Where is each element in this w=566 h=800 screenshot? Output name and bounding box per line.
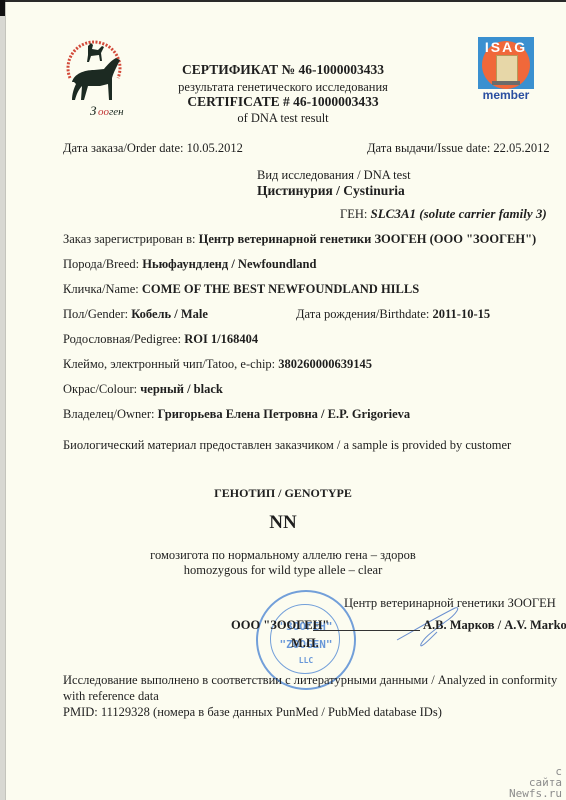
pedigree-value: ROI 1/168404 <box>184 332 258 346</box>
dna-test-name: Цистинурия / Cystinuria <box>257 183 405 199</box>
footer-line-3: PMID: 11129328 (номера в базе данных Pun… <box>63 705 442 720</box>
owner-label: Владелец/Owner: <box>63 407 154 421</box>
signature-signer: А.В. Марков / A.V. Markov <box>423 618 566 633</box>
gene-row: ГЕН: SLC3A1 (solute carrier family 3) <box>340 206 547 222</box>
birthdate-label: Дата рождения/Birthdate: <box>296 307 429 321</box>
issue-date: Дата выдачи/Issue date: 22.05.2012 <box>367 141 550 156</box>
footer-line-1: Исследование выполнено в соответствии с … <box>63 673 557 688</box>
sample-note: Биологический материал предоставлен зака… <box>63 438 511 453</box>
chip-label: Клеймо, электронный чип/Tatoo, e-chip: <box>63 357 275 371</box>
breed-label: Порода/Breed: <box>63 257 139 271</box>
registered-row: Заказ зарегистрирован в: Центр ветеринар… <box>63 232 536 247</box>
genotype-desc-en: homozygous for wild type allele – clear <box>0 563 566 578</box>
order-date: Дата заказа/Order date: 10.05.2012 <box>63 141 243 156</box>
name-label: Кличка/Name: <box>63 282 139 296</box>
registered-value: Центр ветеринарной генетики ЗООГЕН (ООО … <box>199 232 537 246</box>
owner-value: Григорьева Елена Петровна / E.P. Grigori… <box>158 407 411 421</box>
gender-label: Пол/Gender: <box>63 307 128 321</box>
scan-top-edge <box>0 0 566 2</box>
owner-row: Владелец/Owner: Григорьева Елена Петровн… <box>63 407 410 422</box>
footer-line-2: with reference data <box>63 689 159 704</box>
chip-value: 380260000639145 <box>278 357 372 371</box>
gene-label: ГЕН: <box>340 207 367 221</box>
birthdate-row: Дата рождения/Birthdate: 2011-10-15 <box>296 307 490 322</box>
pedigree-label: Родословная/Pedigree: <box>63 332 181 346</box>
watermark-line-3: Newfs.ru <box>509 787 562 800</box>
gender-value: Кобель / Male <box>131 307 208 321</box>
colour-label: Окрас/Colour: <box>63 382 137 396</box>
genotype-heading: ГЕНОТИП / GENOTYPE <box>0 486 566 501</box>
colour-value: черный / black <box>140 382 223 396</box>
signature-mp: М.П. <box>291 636 319 651</box>
chip-row: Клеймо, электронный чип/Tatoo, e-chip: 3… <box>63 357 372 372</box>
pedigree-row: Родословная/Pedigree: ROI 1/168404 <box>63 332 258 347</box>
colour-row: Окрас/Colour: черный / black <box>63 382 223 397</box>
dna-test-label: Вид исследования / DNA test <box>257 168 411 183</box>
signature-line <box>313 630 420 631</box>
registered-label: Заказ зарегистрирован в: <box>63 232 195 246</box>
gender-row: Пол/Gender: Кобель / Male <box>63 307 208 322</box>
isag-title: ISAG <box>478 39 534 55</box>
breed-row: Порода/Breed: Ньюфаундленд / Newfoundlan… <box>63 257 316 272</box>
gene-value: SLC3A1 (solute carrier family 3) <box>371 206 547 221</box>
certificate-subtitle-en: of DNA test result <box>0 111 566 126</box>
birthdate-value: 2011-10-15 <box>433 307 491 321</box>
breed-value: Ньюфаундленд / Newfoundland <box>142 257 316 271</box>
isag-member-label: member <box>476 88 536 102</box>
isag-logo-icon: ISAG <box>478 37 534 89</box>
name-value: COME OF THE BEST NEWFOUNDLAND HILLS <box>142 282 419 296</box>
signature-center: Центр ветеринарной генетики ЗООГЕН <box>344 596 556 611</box>
stamp-line-llc: LLC <box>258 656 354 665</box>
genotype-result: NN <box>0 512 566 534</box>
genotype-desc-ru: гомозигота по нормальному аллелю гена – … <box>0 548 566 563</box>
isag-member-badge: ISAG member <box>476 37 536 103</box>
scan-corner <box>0 0 5 16</box>
name-row: Кличка/Name: COME OF THE BEST NEWFOUNDLA… <box>63 282 419 297</box>
